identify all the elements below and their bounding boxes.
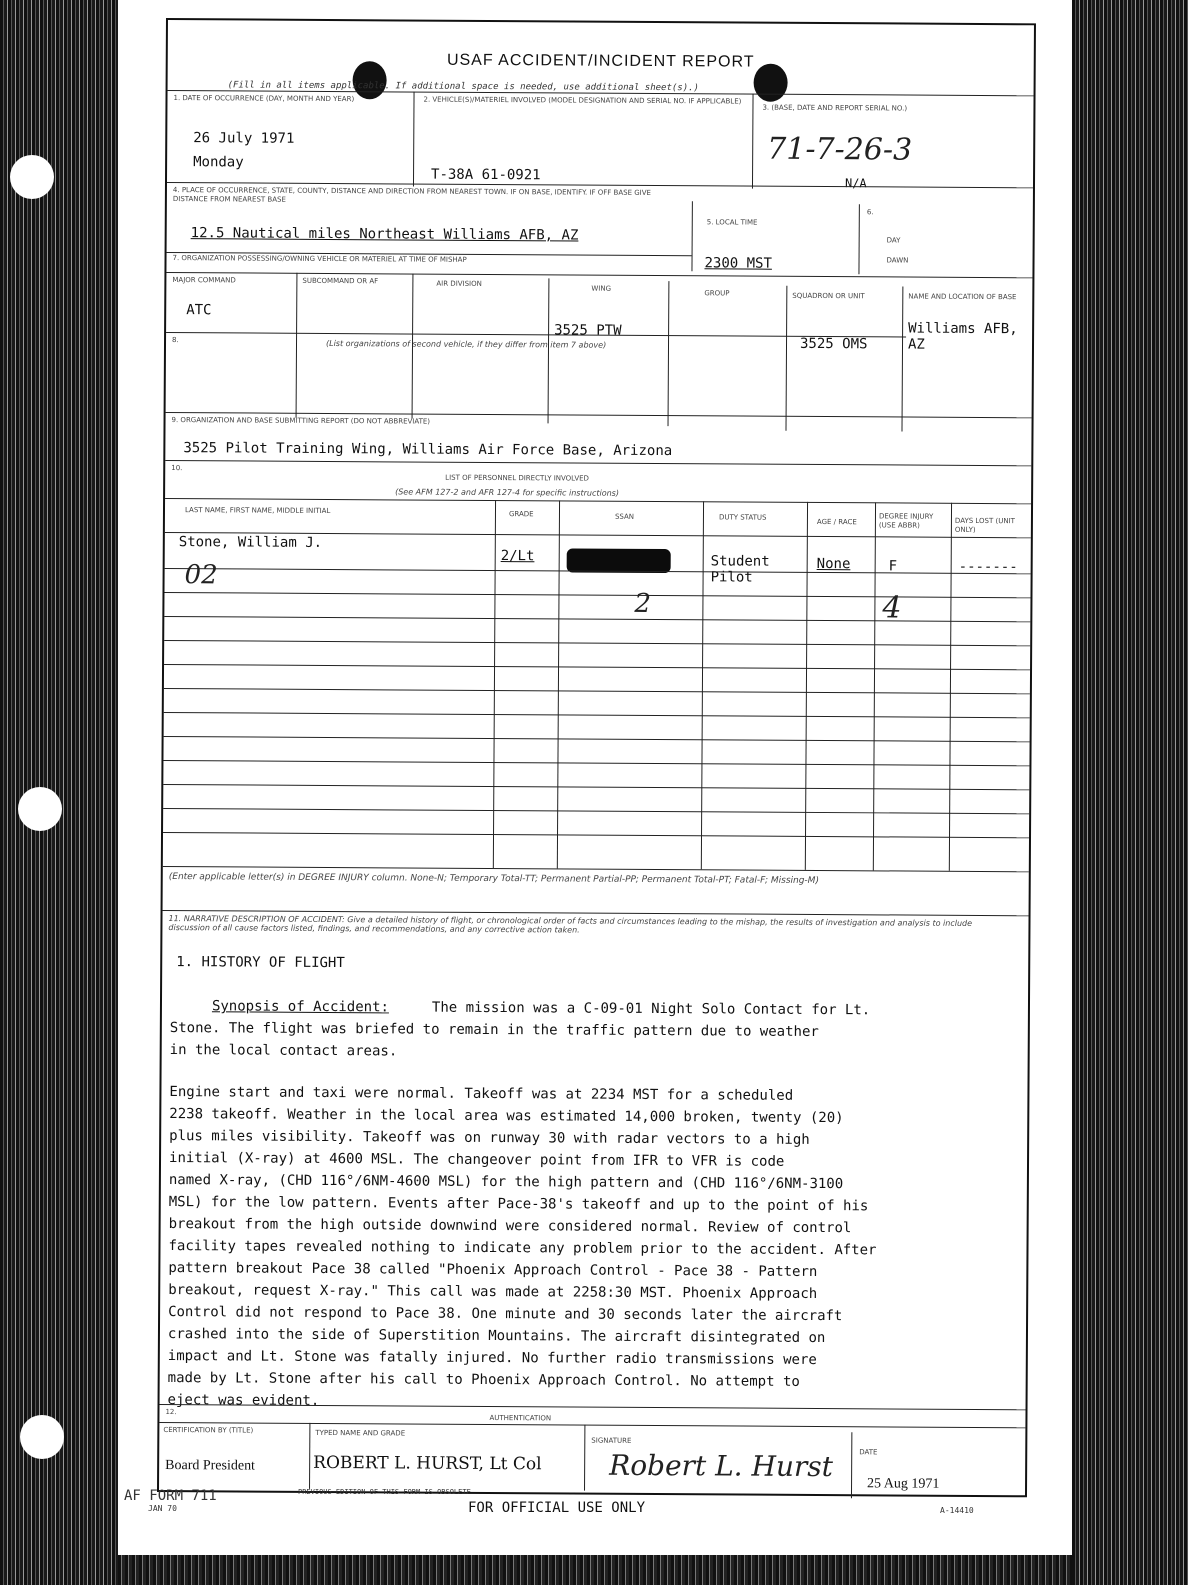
col-duty: DUTY STATUS — [719, 513, 799, 522]
personnel-subheading: (See AFM 127-2 and AFR 127-4 for specifi… — [395, 487, 619, 497]
day-of-week: Monday — [193, 154, 244, 170]
person-grade: 2/Lt — [501, 548, 535, 564]
classification-marking: FOR OFFICIAL USE ONLY — [468, 1500, 645, 1516]
item2-label: 2. VEHICLE(S)/MATERIEL INVOLVED (Model d… — [423, 96, 743, 107]
col-name: LAST NAME, FIRST NAME, MIDDLE INITIAL — [185, 506, 330, 516]
person-age: None — [817, 556, 851, 572]
item9-label: 9. ORGANIZATION AND BASE SUBMITTING REPO… — [172, 416, 431, 427]
col-certification: CERTIFICATION BY (Title) — [163, 1426, 253, 1436]
narrative-line: plus miles visibility. Takeoff was on ru… — [169, 1128, 810, 1148]
handwritten-mark: 02 — [185, 560, 218, 590]
narrative-line: breakout from the high outside downwind … — [169, 1216, 852, 1236]
form-id: AF FORM 711 — [124, 1488, 217, 1504]
wing-value: 3525 PTW — [554, 322, 622, 338]
item5-label: 5. LOCAL TIME — [707, 218, 758, 227]
handwritten-report-serial: 71-7-26-3 — [767, 132, 912, 168]
scan-border-right — [1072, 0, 1188, 1585]
item8-label: 8. — [172, 336, 179, 345]
item3-na: N/A — [845, 176, 867, 190]
col-grade: GRADE — [509, 510, 534, 519]
scan-border-left — [0, 0, 118, 1585]
narrative-line: impact and Lt. Stone was fatally injured… — [168, 1348, 817, 1368]
narrative-line: made by Lt. Stone after his call to Phoe… — [168, 1370, 800, 1390]
date-of-occurrence: 26 July 1971 — [193, 130, 294, 147]
item6-label: 6. — [867, 208, 874, 217]
narrative-line: breakout, request X-ray." This call was … — [168, 1282, 817, 1302]
col-base: NAME AND LOCATION OF BASE — [908, 293, 1028, 303]
col-squadron: SQUADRON OR UNIT — [792, 292, 900, 302]
synopsis-heading: Synopsis of Accident: — [212, 998, 389, 1015]
item12-label: 12. — [165, 1408, 176, 1417]
certification-title: Board President — [165, 1458, 255, 1475]
injury-footnote: (Enter applicable letter(s) in DEGREE IN… — [169, 872, 989, 888]
previous-edition-note: PREVIOUS EDITION OF THIS FORM IS OBSOLET… — [298, 1488, 471, 1496]
item10-label: 10. — [171, 464, 182, 473]
narrative-line: Stone. The flight was briefed to remain … — [170, 1020, 819, 1040]
signature: Robert L. Hurst — [609, 1449, 833, 1483]
major-command-value: ATC — [186, 302, 211, 318]
zone-day: DAY — [887, 236, 901, 245]
form-date: JAN 70 — [148, 1504, 177, 1513]
item1-label: 1. DATE OF OCCURRENCE (Day, month and ye… — [173, 94, 403, 104]
vehicle-serial: T-38A 61-0921 — [431, 167, 541, 184]
accident-report-form: USAF ACCIDENT/INCIDENT REPORT (Fill in a… — [157, 18, 1036, 1497]
authentication-heading: AUTHENTICATION — [489, 1414, 551, 1423]
col-injury: DEGREE INJURY (Use Abbr) — [879, 512, 949, 530]
binder-hole — [10, 155, 54, 199]
narrative-line: 2238 takeoff. Weather in the local area … — [169, 1106, 843, 1126]
squadron-value: 3525 OMS — [800, 336, 868, 352]
item11-label: 11. NARRATIVE DESCRIPTION OF ACCIDENT: G… — [168, 914, 988, 937]
col-major-command: MAJOR COMMAND — [172, 276, 235, 285]
item7-label: 7. ORGANIZATION POSSESSING/OWNING VEHICL… — [173, 254, 693, 266]
item3-label: 3. (Base, Date and Report Serial No.) — [762, 104, 1022, 115]
col-subcommand: SUBCOMMAND OR AF — [302, 277, 378, 286]
col-group: GROUP — [704, 289, 729, 298]
submitting-org: 3525 Pilot Training Wing, Williams Air F… — [183, 440, 672, 459]
person-name: Stone, William J. — [179, 534, 322, 551]
narrative-line: crashed into the side of Superstition Mo… — [168, 1326, 826, 1346]
narrative-line: initial (X-ray) at 4600 MSL. The changeo… — [169, 1150, 784, 1170]
binder-hole — [20, 1415, 64, 1459]
narrative-line: in the local contact areas. — [170, 1042, 398, 1059]
place-of-occurrence: 12.5 Nautical miles Northeast Williams A… — [191, 225, 579, 243]
narrative-line: Control did not respond to Pace 38. One … — [168, 1304, 842, 1324]
narrative-line: named X-ray, (CHD 116°/6NM-4600 MSL) for… — [169, 1172, 843, 1192]
ssan-redaction — [567, 548, 671, 573]
zone-dawn: DAWN — [887, 256, 909, 265]
col-air-division: AIR DIVISION — [436, 280, 482, 289]
col-ssan: SSAN — [615, 513, 634, 522]
item8-note: (List organizations of second vehicle, i… — [326, 339, 606, 350]
base-value: Williams AFB, AZ — [908, 321, 1018, 354]
person-duty: Student Pilot — [711, 553, 791, 585]
binder-hole — [18, 787, 62, 831]
narrative-line: eject was evident. — [168, 1392, 320, 1409]
item4-label: 4. PLACE OF OCCURRENCE, STATE, COUNTY, D… — [173, 186, 683, 207]
document-page: USAF ACCIDENT/INCIDENT REPORT (Fill in a… — [118, 0, 1072, 1555]
scan-border-bottom — [118, 1555, 1072, 1585]
form-title: USAF ACCIDENT/INCIDENT REPORT — [168, 50, 1034, 73]
history-of-flight-heading: 1. HISTORY OF FLIGHT — [176, 954, 345, 971]
narrative-line: pattern breakout Pace 38 called "Phoenix… — [168, 1260, 817, 1280]
narrative-line: MSL) for the low pattern. Events after P… — [169, 1194, 869, 1214]
col-date: DATE — [859, 1448, 877, 1457]
narrative-line: Engine start and taxi were normal. Takeo… — [169, 1084, 793, 1104]
col-age: AGE / RACE — [817, 518, 873, 527]
narrative-line: facility tapes revealed nothing to indic… — [168, 1238, 876, 1258]
authentication-date: 25 Aug 1971 — [867, 1476, 939, 1492]
narrative-line: The mission was a C-09-01 Night Solo Con… — [432, 1000, 870, 1019]
handwritten-mark: 2 — [634, 589, 651, 619]
col-wing: WING — [591, 285, 611, 294]
local-time: 2300 MST — [704, 255, 772, 271]
typed-name: ROBERT L. HURST, Lt Col — [313, 1453, 542, 1474]
personnel-heading: LIST OF PERSONNEL DIRECTLY INVOLVED — [445, 474, 589, 484]
form-code: A-14410 — [940, 1506, 974, 1515]
col-days-lost: DAYS LOST (UNIT ONLY) — [955, 517, 1027, 535]
col-typed-name: TYPED NAME AND GRADE — [315, 1429, 405, 1439]
col-signature: SIGNATURE — [591, 1437, 631, 1446]
